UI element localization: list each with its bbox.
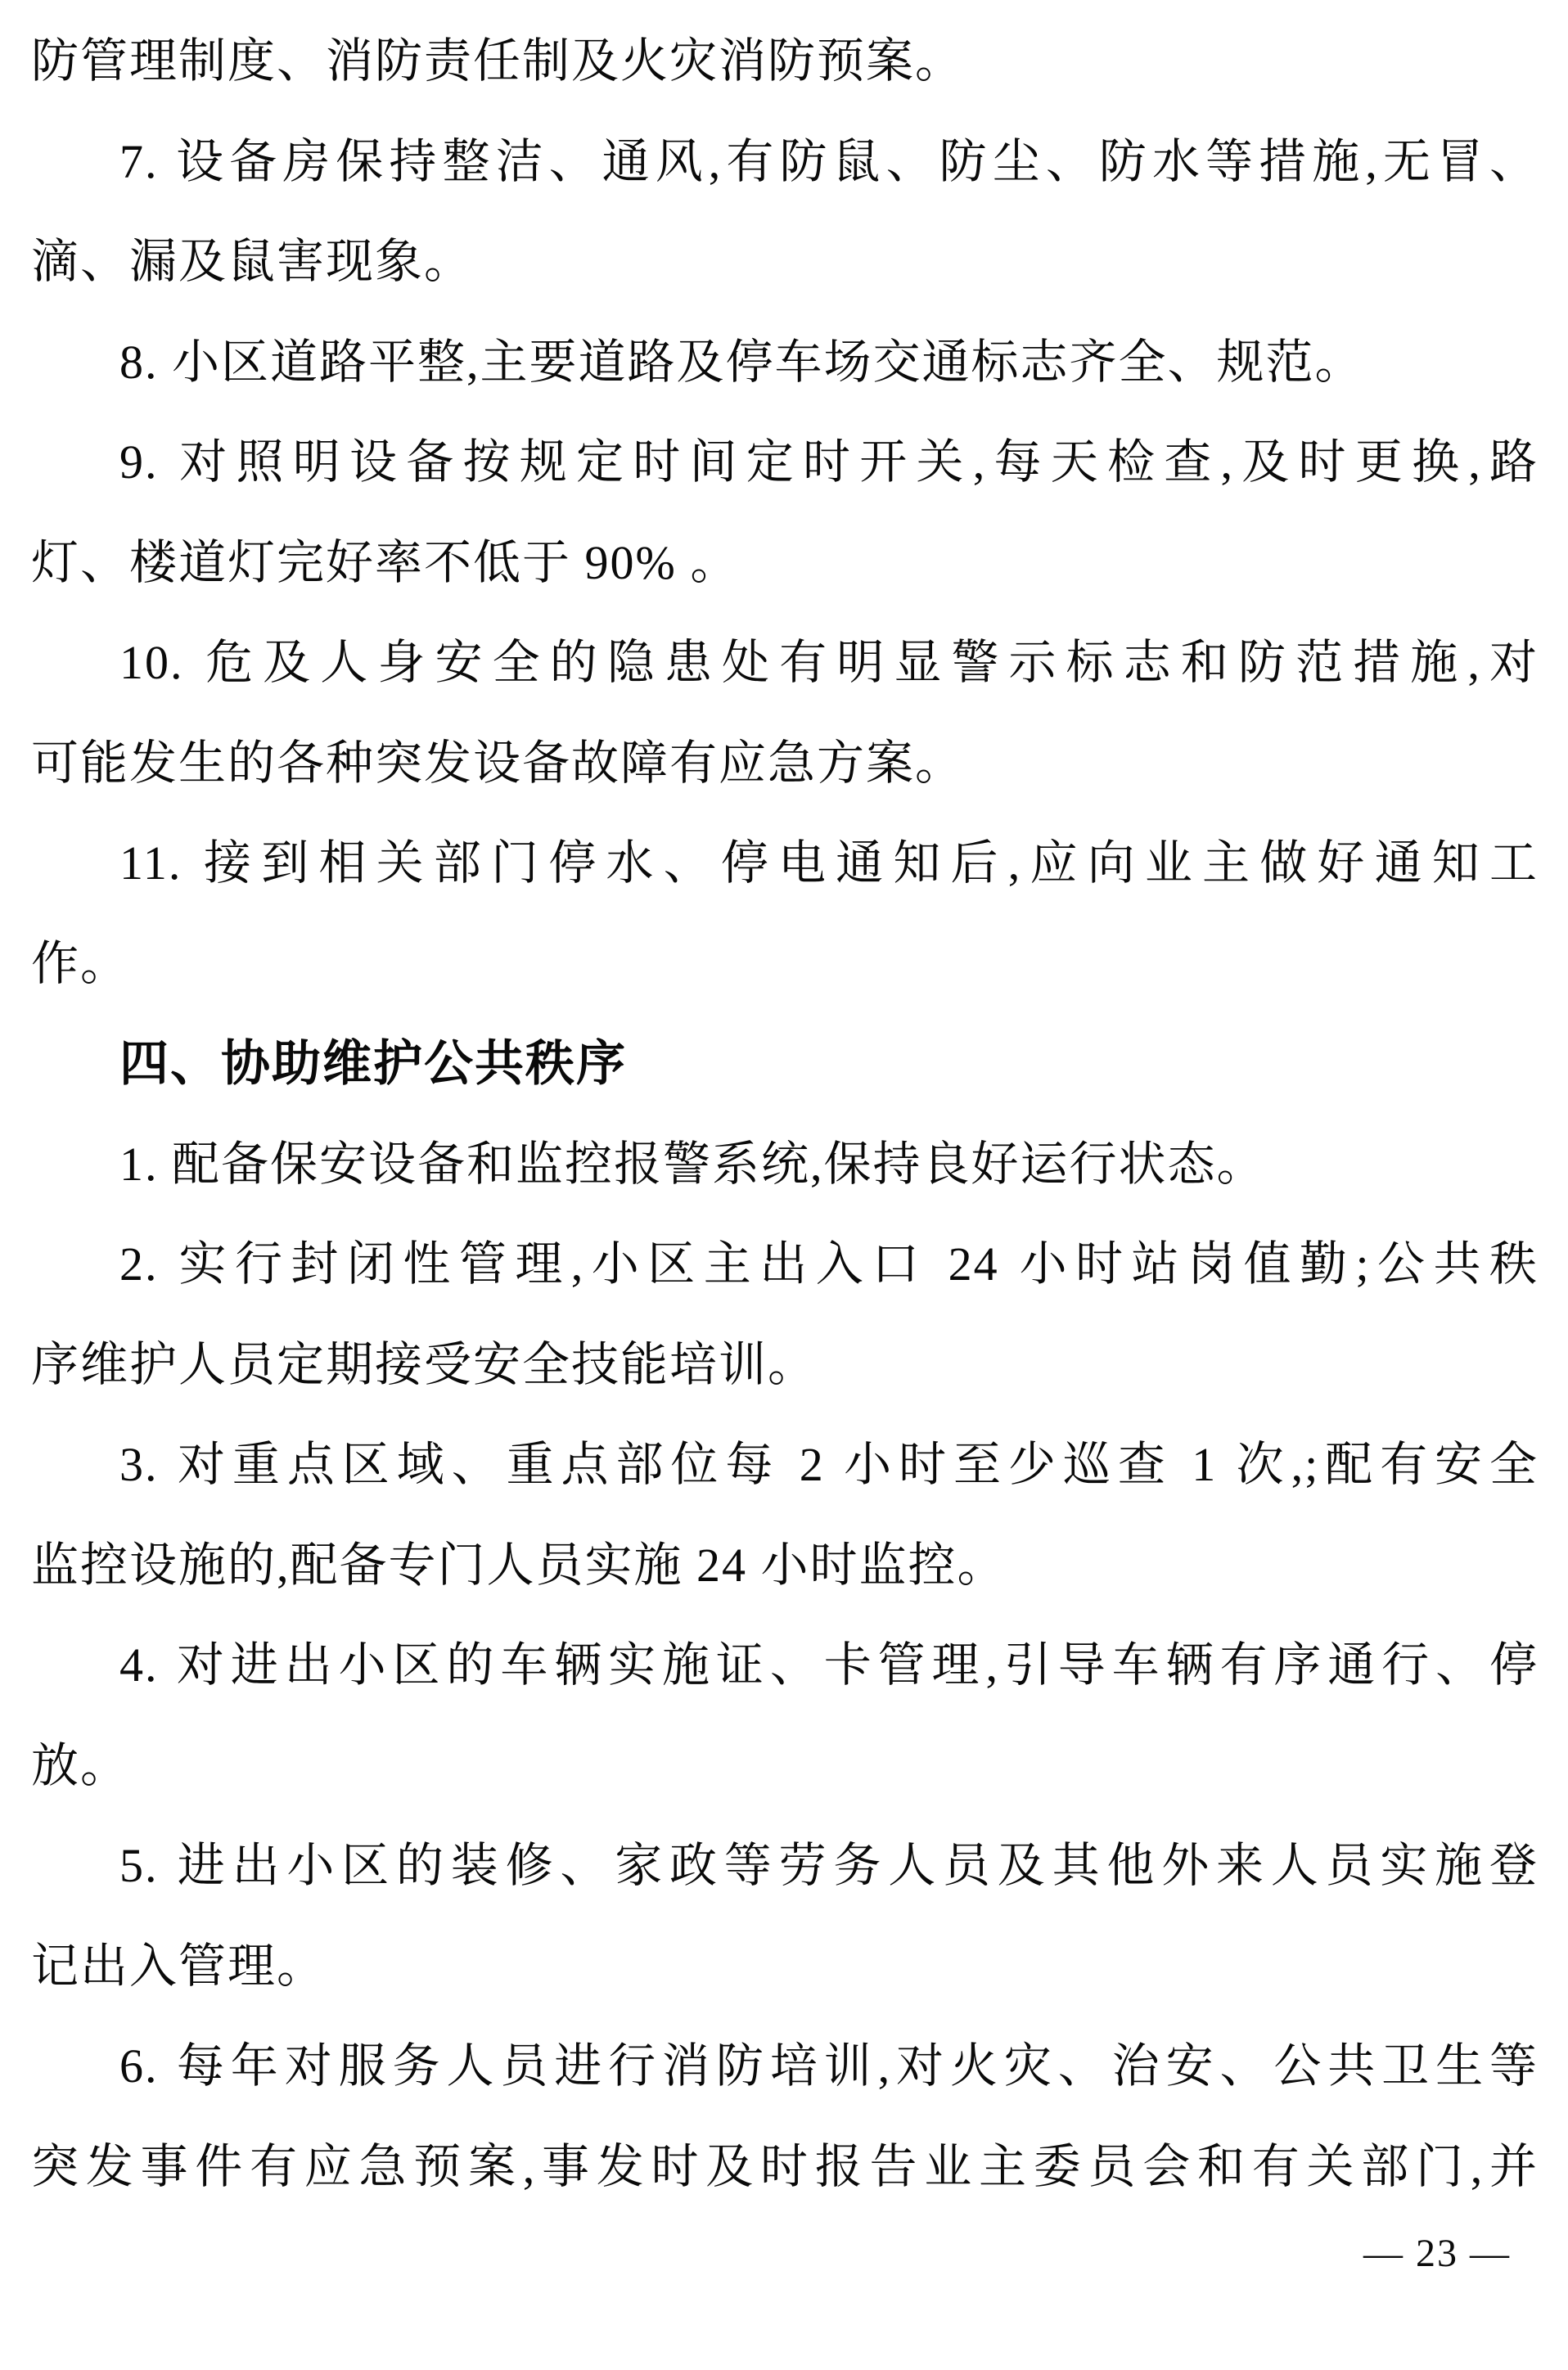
text-line: 监控设施的,配备专门人员实施 24 小时监控。 [31, 1516, 1539, 1616]
text-line: 3. 对重点区域、重点部位每 2 小时至少巡查 1 次,;配有安全 [31, 1415, 1539, 1516]
page-number: — 23 — [1363, 2231, 1511, 2276]
text-line: 9. 对照明设备按规定时间定时开关,每天检查,及时更换,路 [31, 412, 1539, 513]
text-line: 记出入管理。 [31, 1917, 1539, 2017]
text-line: 10. 危及人身安全的隐患处有明显警示标志和防范措施,对 [31, 613, 1539, 714]
text-line: 可能发生的各种突发设备故障有应急方案。 [31, 714, 1539, 814]
text-line: 6. 每年对服务人员进行消防培训,对火灾、治安、公共卫生等 [31, 2016, 1539, 2117]
text-line: 8. 小区道路平整,主要道路及停车场交通标志齐全、规范。 [31, 313, 1539, 413]
text-line: 序维护人员定期接受安全技能培训。 [31, 1315, 1539, 1416]
document-page: 防管理制度、消防责任制及火灾消防预案。 7. 设备房保持整洁、通风,有防鼠、防尘… [0, 0, 1568, 2370]
text-line: 滴、漏及鼠害现象。 [31, 212, 1539, 313]
text-line: 7. 设备房保持整洁、通风,有防鼠、防尘、防水等措施,无冒、 [31, 112, 1539, 213]
text-line: 防管理制度、消防责任制及火灾消防预案。 [31, 11, 1539, 112]
text-line: 突发事件有应急预案,事发时及时报告业主委员会和有关部门,并 [31, 2117, 1539, 2218]
section-heading: 四、协助维护公共秩序 [31, 1014, 1539, 1115]
text-line: 放。 [31, 1716, 1539, 1817]
text-line: 11. 接到相关部门停水、停电通知后,应向业主做好通知工 [31, 813, 1539, 914]
text-line: 2. 实行封闭性管理,小区主出入口 24 小时站岗值勤;公共秩 [31, 1214, 1539, 1315]
text-line: 4. 对进出小区的车辆实施证、卡管理,引导车辆有序通行、停 [31, 1615, 1539, 1716]
page-body-text: 防管理制度、消防责任制及火灾消防预案。 7. 设备房保持整洁、通风,有防鼠、防尘… [31, 11, 1539, 2217]
text-line: 灯、楼道灯完好率不低于 90% 。 [31, 513, 1539, 614]
text-line: 1. 配备保安设备和监控报警系统,保持良好运行状态。 [31, 1115, 1539, 1215]
text-line: 作。 [31, 914, 1539, 1015]
text-line: 5. 进出小区的装修、家政等劳务人员及其他外来人员实施登 [31, 1816, 1539, 1917]
